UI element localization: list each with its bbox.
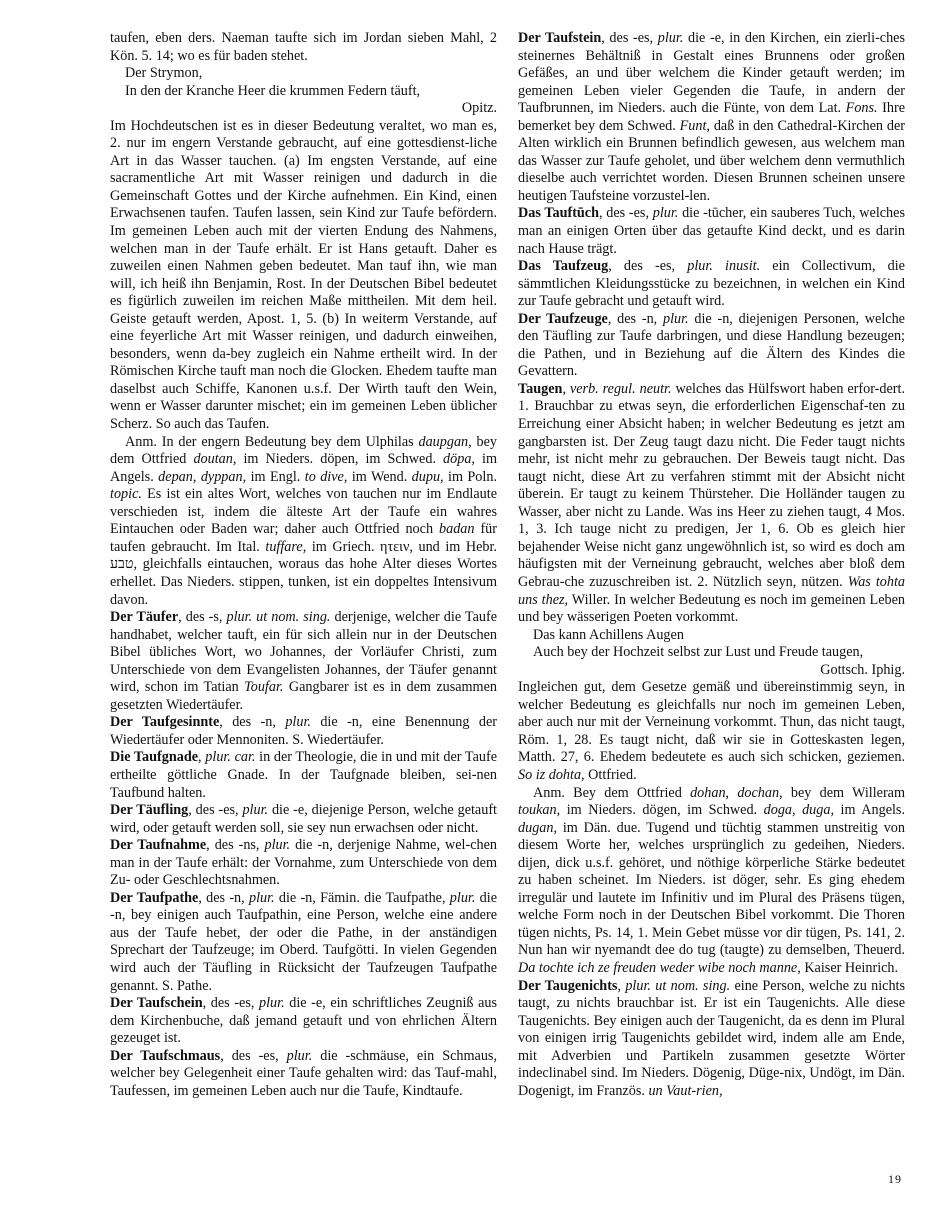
text-run: , des -es, (188, 802, 242, 818)
italic-term: plur. (285, 714, 311, 730)
citation-source: Opitz. (110, 100, 497, 118)
text-run: Ottfried. (585, 767, 637, 783)
italic-term: plur. (259, 995, 285, 1011)
text-run: im Wend. (347, 469, 411, 485)
headword: Der Taugenichts (518, 978, 617, 994)
headword: Taugen (518, 381, 562, 397)
text-run: welches das Hülfswort haben erfor-dert. … (518, 381, 905, 590)
text-run: Kaiser Heinrich. (801, 960, 898, 976)
italic-term: plur. (653, 205, 679, 221)
italic-term: depan, dyppan, (158, 469, 246, 485)
text-run: taufen, eben ders. Naeman taufte sich im… (110, 30, 497, 64)
verse-line: Auch bey der Hochzeit selbst zur Lust un… (518, 644, 905, 662)
text-run: Opitz. (462, 100, 497, 116)
text-run: , des -n, (608, 311, 663, 327)
italic-term: toukan, (518, 802, 560, 818)
italic-term: dupu, (412, 469, 444, 485)
italic-term: plur. inusit. (687, 258, 760, 274)
italic-term: badan (439, 521, 474, 537)
text-run: bey dem Willeram (783, 785, 905, 801)
dictionary-entry: Der Taufgesinnte, des -n, plur. die -n, … (110, 714, 497, 749)
headword: Der Taufnahme (110, 837, 206, 853)
text-run: im Poln. (444, 469, 497, 485)
headword: Das Taufzeug (518, 258, 608, 274)
text-run: Willer. In welcher Bedeutung es noch im … (518, 592, 905, 626)
italic-term: plur. ut nom. sing. (227, 609, 331, 625)
text-run: Anm. Bey dem Ottfried (533, 785, 690, 801)
citation-source: Gottsch. Iphig. (518, 662, 905, 680)
headword: Das Tauftūch (518, 205, 599, 221)
text-run: , des -es, (599, 205, 653, 221)
italic-term: un Vaut-rien, (648, 1083, 722, 1099)
italic-term: doga, duga, (764, 802, 834, 818)
text-run: Ingleichen gut, dem Gesetze gemäß und üb… (518, 679, 905, 765)
text-run: In den der Kranche Heer die krummen Fede… (125, 83, 420, 99)
text-run: , des -s, (178, 609, 226, 625)
text-run: Das kann Achillens Augen (533, 627, 684, 643)
dictionary-entry: Das Tauftūch, des -es, plur. die -tūcher… (518, 205, 905, 258)
italic-term: to dive, (305, 469, 348, 485)
headword: Der Taufschein (110, 995, 203, 1011)
dictionary-entry: Die Taufgnade, plur. car. in der Theolog… (110, 749, 497, 802)
headword: Die Taufgnade (110, 749, 198, 765)
page-number: 19 (888, 1172, 902, 1187)
italic-term: plur. (450, 890, 476, 906)
text-run: , des -ns, (206, 837, 264, 853)
italic-term: topic. (110, 486, 142, 502)
headword: Der Taufzeuge (518, 311, 608, 327)
italic-term: verb. regul. neutr. (570, 381, 672, 397)
text-run: Der Strymon, (125, 65, 202, 81)
dictionary-entry: Der Taufschein, des -es, plur. die -e, e… (110, 995, 497, 1048)
paragraph: Anm. Bey dem Ottfried dohan, dochan, bey… (518, 785, 905, 978)
dictionary-entry: Der Taufpathe, des -n, plur. die -n, Fäm… (110, 890, 497, 995)
text-run: im Dän. due. Tugend und tüchtig stammen … (518, 820, 905, 959)
text-run: Auch bey der Hochzeit selbst zur Lust un… (533, 644, 863, 660)
paragraph: Ingleichen gut, dem Gesetze gemäß und üb… (518, 679, 905, 784)
headword: Der Taufgesinnte (110, 714, 219, 730)
text-run: , des -es, (203, 995, 259, 1011)
dictionary-entry: Der Täufer, des -s, plur. ut nom. sing. … (110, 609, 497, 714)
verse-line: Das kann Achillens Augen (518, 627, 905, 645)
dictionary-entry: Der Taufschmaus, des -es, plur. die -sch… (110, 1048, 497, 1101)
left-column: taufen, eben ders. Naeman taufte sich im… (110, 30, 497, 1100)
dictionary-entry: Der Taufstein, des -es, plur. die -e, in… (518, 30, 905, 205)
italic-term: plur. (658, 30, 684, 46)
headword: Der Taufstein (518, 30, 601, 46)
headword: Der Taufschmaus (110, 1048, 220, 1064)
italic-term: plur. (287, 1048, 313, 1064)
dictionary-entry: Der Taugenichts, plur. ut nom. sing. ein… (518, 978, 905, 1101)
text-run: , des -es, (601, 30, 658, 46)
italic-term: plur. (242, 802, 268, 818)
paragraph: Im Hochdeutschen ist es in dieser Bedeut… (110, 118, 497, 434)
verse-line: Der Strymon, (110, 65, 497, 83)
headword: Der Taufpathe (110, 890, 198, 906)
italic-term: Toufar. (244, 679, 283, 695)
paragraph: taufen, eben ders. Naeman taufte sich im… (110, 30, 497, 65)
verse-line: In den der Kranche Heer die krummen Fede… (110, 83, 497, 101)
italic-term: plur. (264, 837, 290, 853)
headword: Der Täufling (110, 802, 188, 818)
text-run: die -n, Fämin. die Taufpathe, (275, 890, 450, 906)
text-run: , (562, 381, 570, 397)
text-run: Im Hochdeutschen ist es in dieser Bedeut… (110, 118, 497, 432)
italic-term: daupgan, (418, 434, 471, 450)
headword: Der Täufer (110, 609, 178, 625)
text-run: im Angels. (834, 802, 905, 818)
italic-term: Fons. (846, 100, 878, 116)
italic-term: Da tochte ich ze freuden weder wibe noch… (518, 960, 801, 976)
italic-term: doutan, (193, 451, 236, 467)
text-run: , des -n, (219, 714, 285, 730)
text-run: Gottsch. Iphig. (820, 662, 905, 678)
dictionary-entry: Der Taufzeuge, des -n, plur. die -n, die… (518, 311, 905, 381)
text-run: im Nieders. dögen, im Schwed. (560, 802, 763, 818)
text-run: eine Person, welche zu nichts taugt, zu … (518, 978, 905, 1099)
text-run: Anm. In der engern Bedeutung bey dem Ulp… (125, 434, 418, 450)
paragraph: Anm. In der engern Bedeutung bey dem Ulp… (110, 434, 497, 609)
dictionary-entry: Der Täufling, des -es, plur. die -e, die… (110, 802, 497, 837)
italic-term: plur. ut nom. sing. (625, 978, 730, 994)
italic-term: Funt, (680, 118, 710, 134)
dictionary-entry: Taugen, verb. regul. neutr. welches das … (518, 381, 905, 627)
text-run: im Engl. (246, 469, 305, 485)
text-run: , des -es, (220, 1048, 286, 1064)
italic-term: dohan, dochan, (690, 785, 783, 801)
italic-term: So iz dohta, (518, 767, 585, 783)
italic-term: plur. car. (205, 749, 255, 765)
dictionary-entry: Das Taufzeug, des -es, plur. inusit. ein… (518, 258, 905, 311)
italic-term: plur. (663, 311, 689, 327)
italic-term: tuffare, (265, 539, 306, 555)
right-column: Der Taufstein, des -es, plur. die -e, in… (518, 30, 905, 1100)
dictionary-entry: Der Taufnahme, des -ns, plur. die -n, de… (110, 837, 497, 890)
italic-term: dugan, (518, 820, 557, 836)
italic-term: plur. (249, 890, 275, 906)
text-run: , des -n, (198, 890, 249, 906)
italic-term: döpa, (443, 451, 475, 467)
text-run: im Nieders. döpen, im Schwed. (236, 451, 443, 467)
text-run: , des -es, (608, 258, 687, 274)
